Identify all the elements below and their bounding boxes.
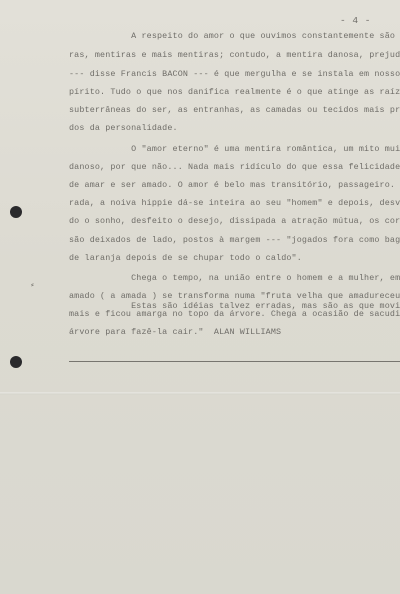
text-line: são deixados de lado, postos à margem --… [69, 235, 400, 245]
text-line: Estas são idéias talvez erradas, mas são… [69, 301, 400, 311]
document-page: - 4 - A respeito do amor o que ouvimos c… [0, 0, 400, 594]
text-line: dos da personalidade. [69, 123, 178, 133]
text-segment: danoso, por que não... Nada mais ridícul… [69, 162, 400, 172]
margin-mark-icon: ⸗ [30, 281, 35, 290]
punch-hole-icon [10, 206, 22, 218]
text-line: subterrâneas do ser, as entranhas, as ca… [69, 105, 400, 115]
text-line: A respeito do amor o que ouvimos constan… [69, 31, 400, 41]
text-line: do o sonho, desfeito o desejo, dissipada… [69, 216, 400, 226]
horizontal-rule [69, 361, 400, 362]
text-line: pírito. Tudo o que nos danifica realment… [69, 87, 400, 97]
text-line: Chega o tempo, na união entre o homem e … [69, 273, 400, 283]
text-line: amado ( a amada ) se transforma numa "fr… [69, 291, 400, 301]
text-line: --- disse Francis BACON --- é que mergul… [69, 69, 400, 79]
paper-fold [0, 392, 400, 395]
punch-hole-icon [10, 356, 22, 368]
text-line: árvore para fazê-la cair." ALAN WILLIAMS [69, 327, 281, 337]
text-line: de amar e ser amado. O amor é belo mas t… [69, 180, 400, 190]
page-number: - 4 - [340, 15, 371, 26]
text-line: rada, a noiva hippie dá-se inteira ao se… [69, 198, 400, 208]
text-line: ras, mentiras e mais mentiras; contudo, … [69, 50, 400, 60]
text-line: de laranja depois de se chupar todo o ca… [69, 253, 302, 263]
text-line-with-underline: danoso, por que não... Nada mais ridícul… [69, 162, 400, 172]
text-line: O "amor eterno" é uma mentira romântica,… [69, 144, 400, 154]
